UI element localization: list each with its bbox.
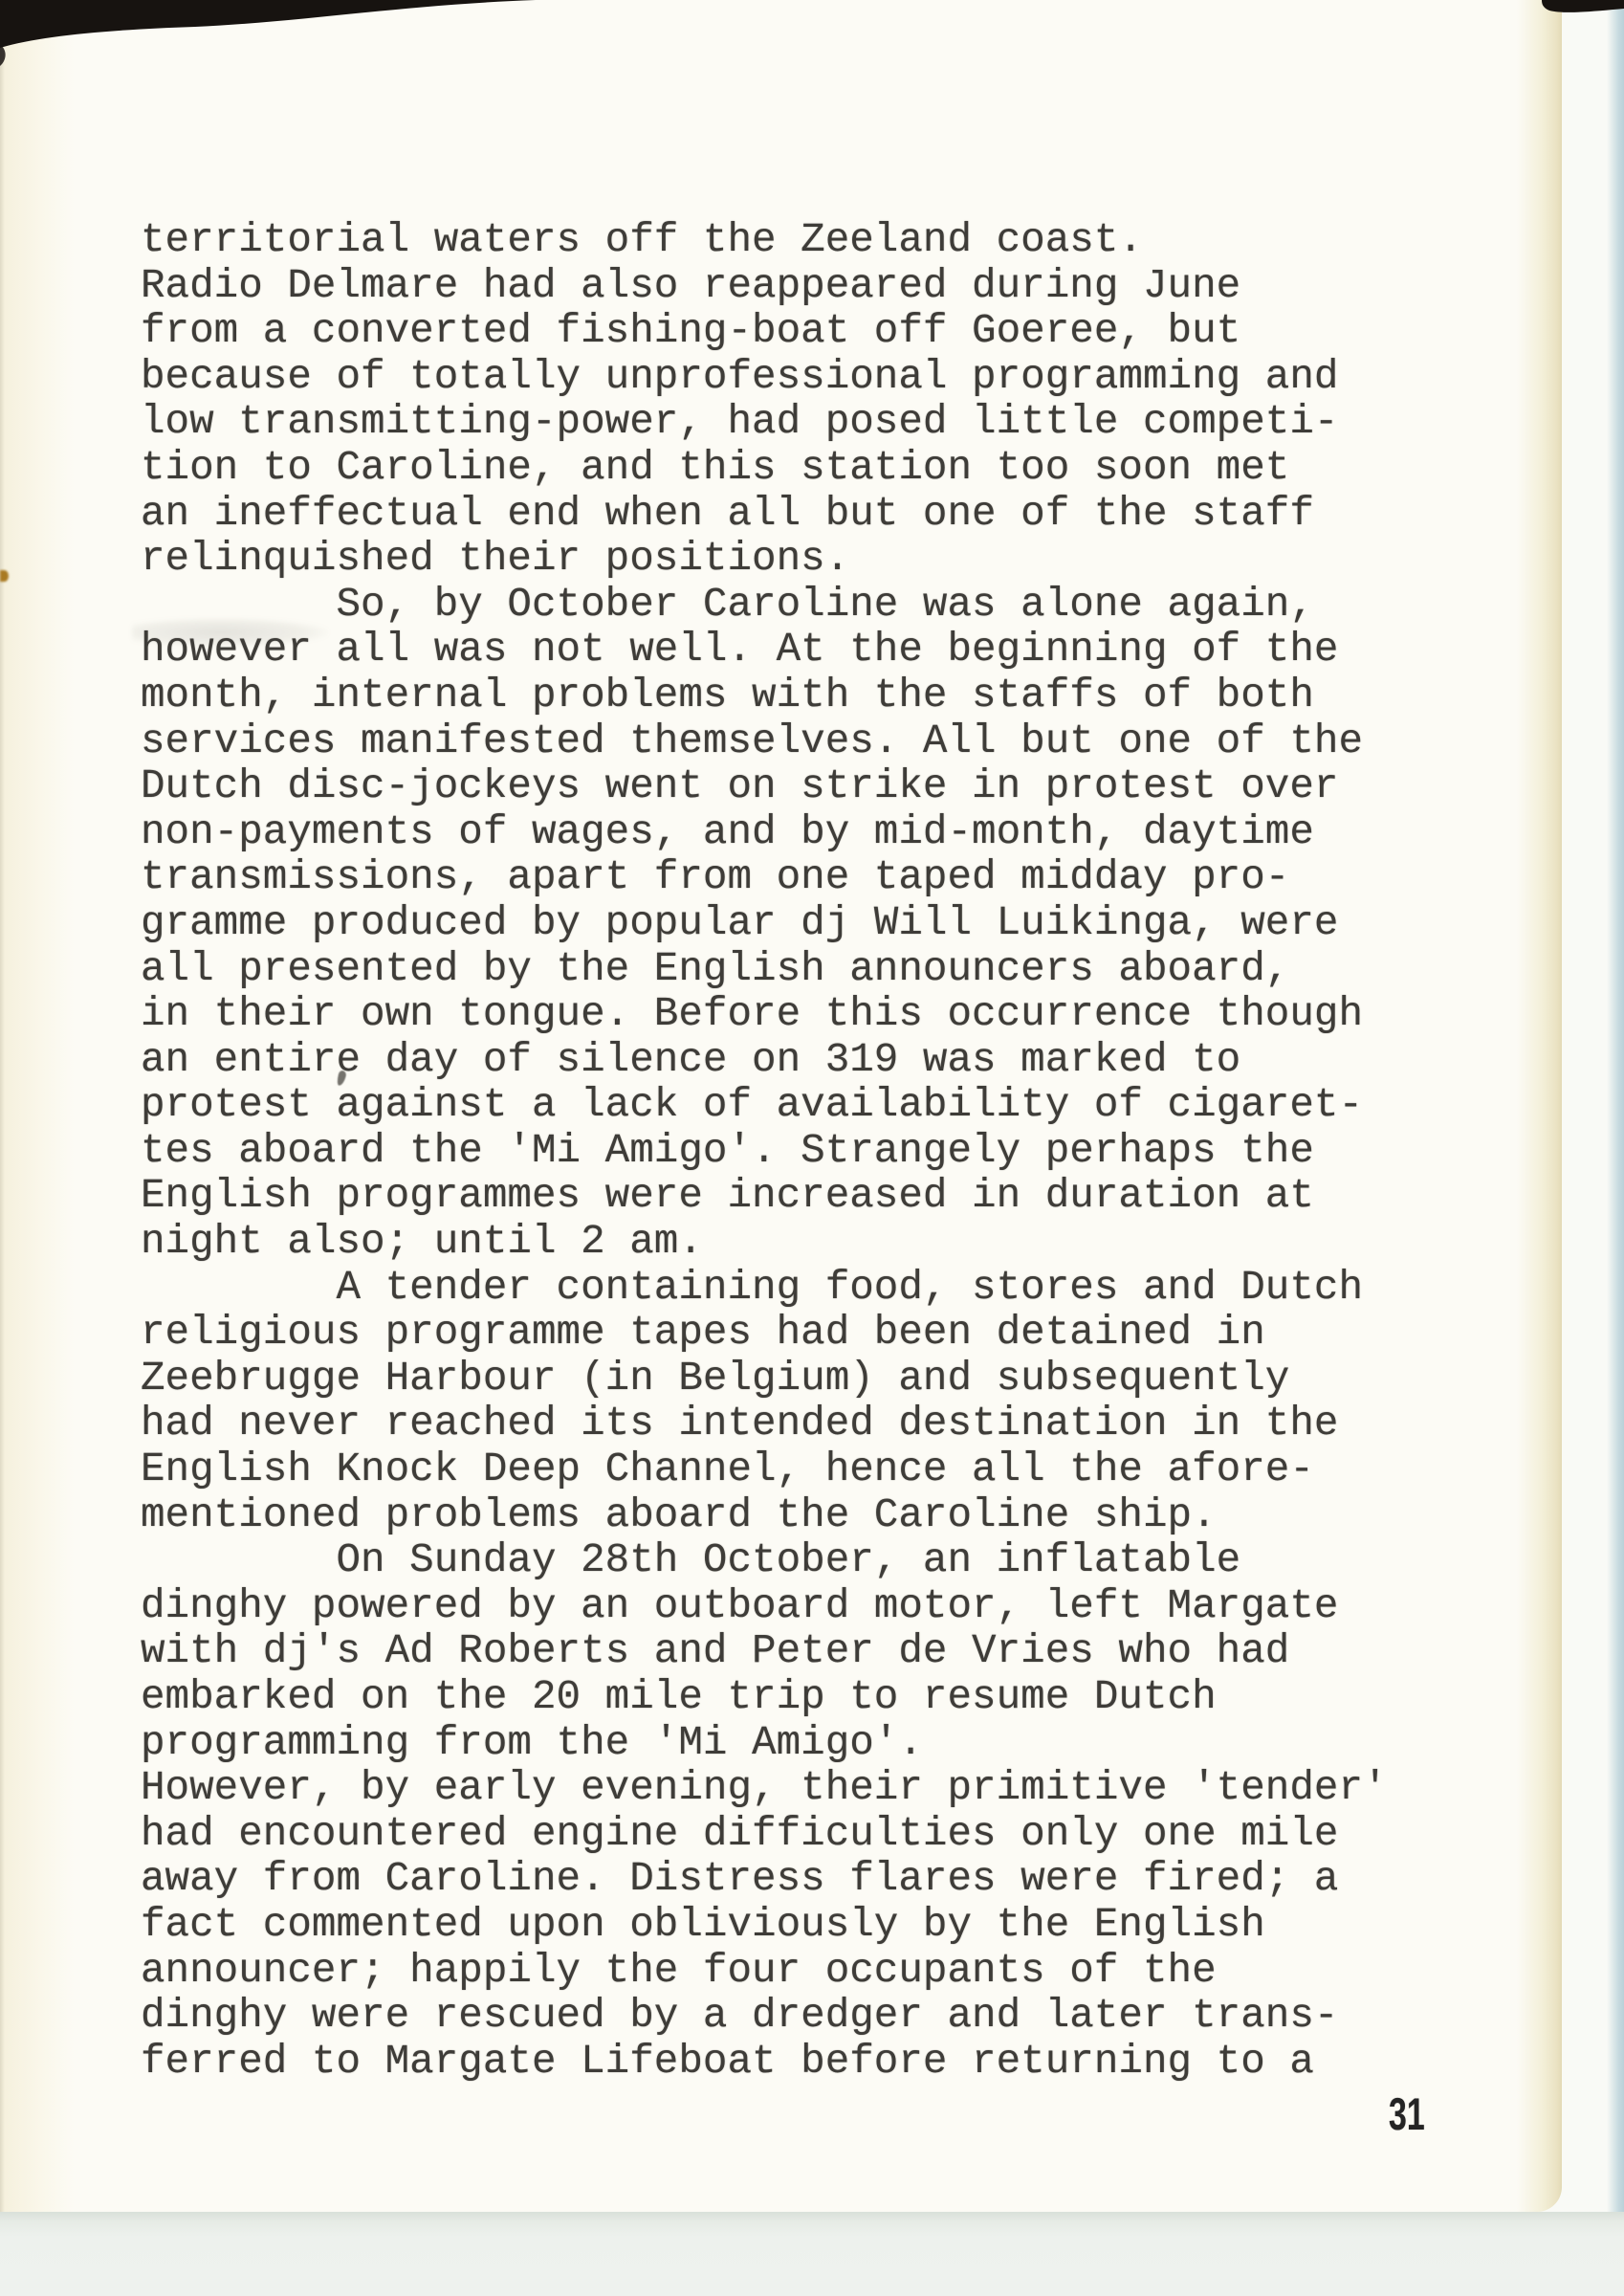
page-number: 31 [1389, 2091, 1425, 2136]
scanned-document: territorial waters off the Zeeland coast… [0, 0, 1624, 2296]
scanned-page: territorial waters off the Zeeland coast… [0, 0, 1562, 2212]
body-text: territorial waters off the Zeeland coast… [141, 218, 1499, 2085]
scanner-background-bottom [0, 2212, 1624, 2296]
page-left-edge-shadow [0, 0, 5, 2212]
paper-speck [0, 570, 9, 582]
